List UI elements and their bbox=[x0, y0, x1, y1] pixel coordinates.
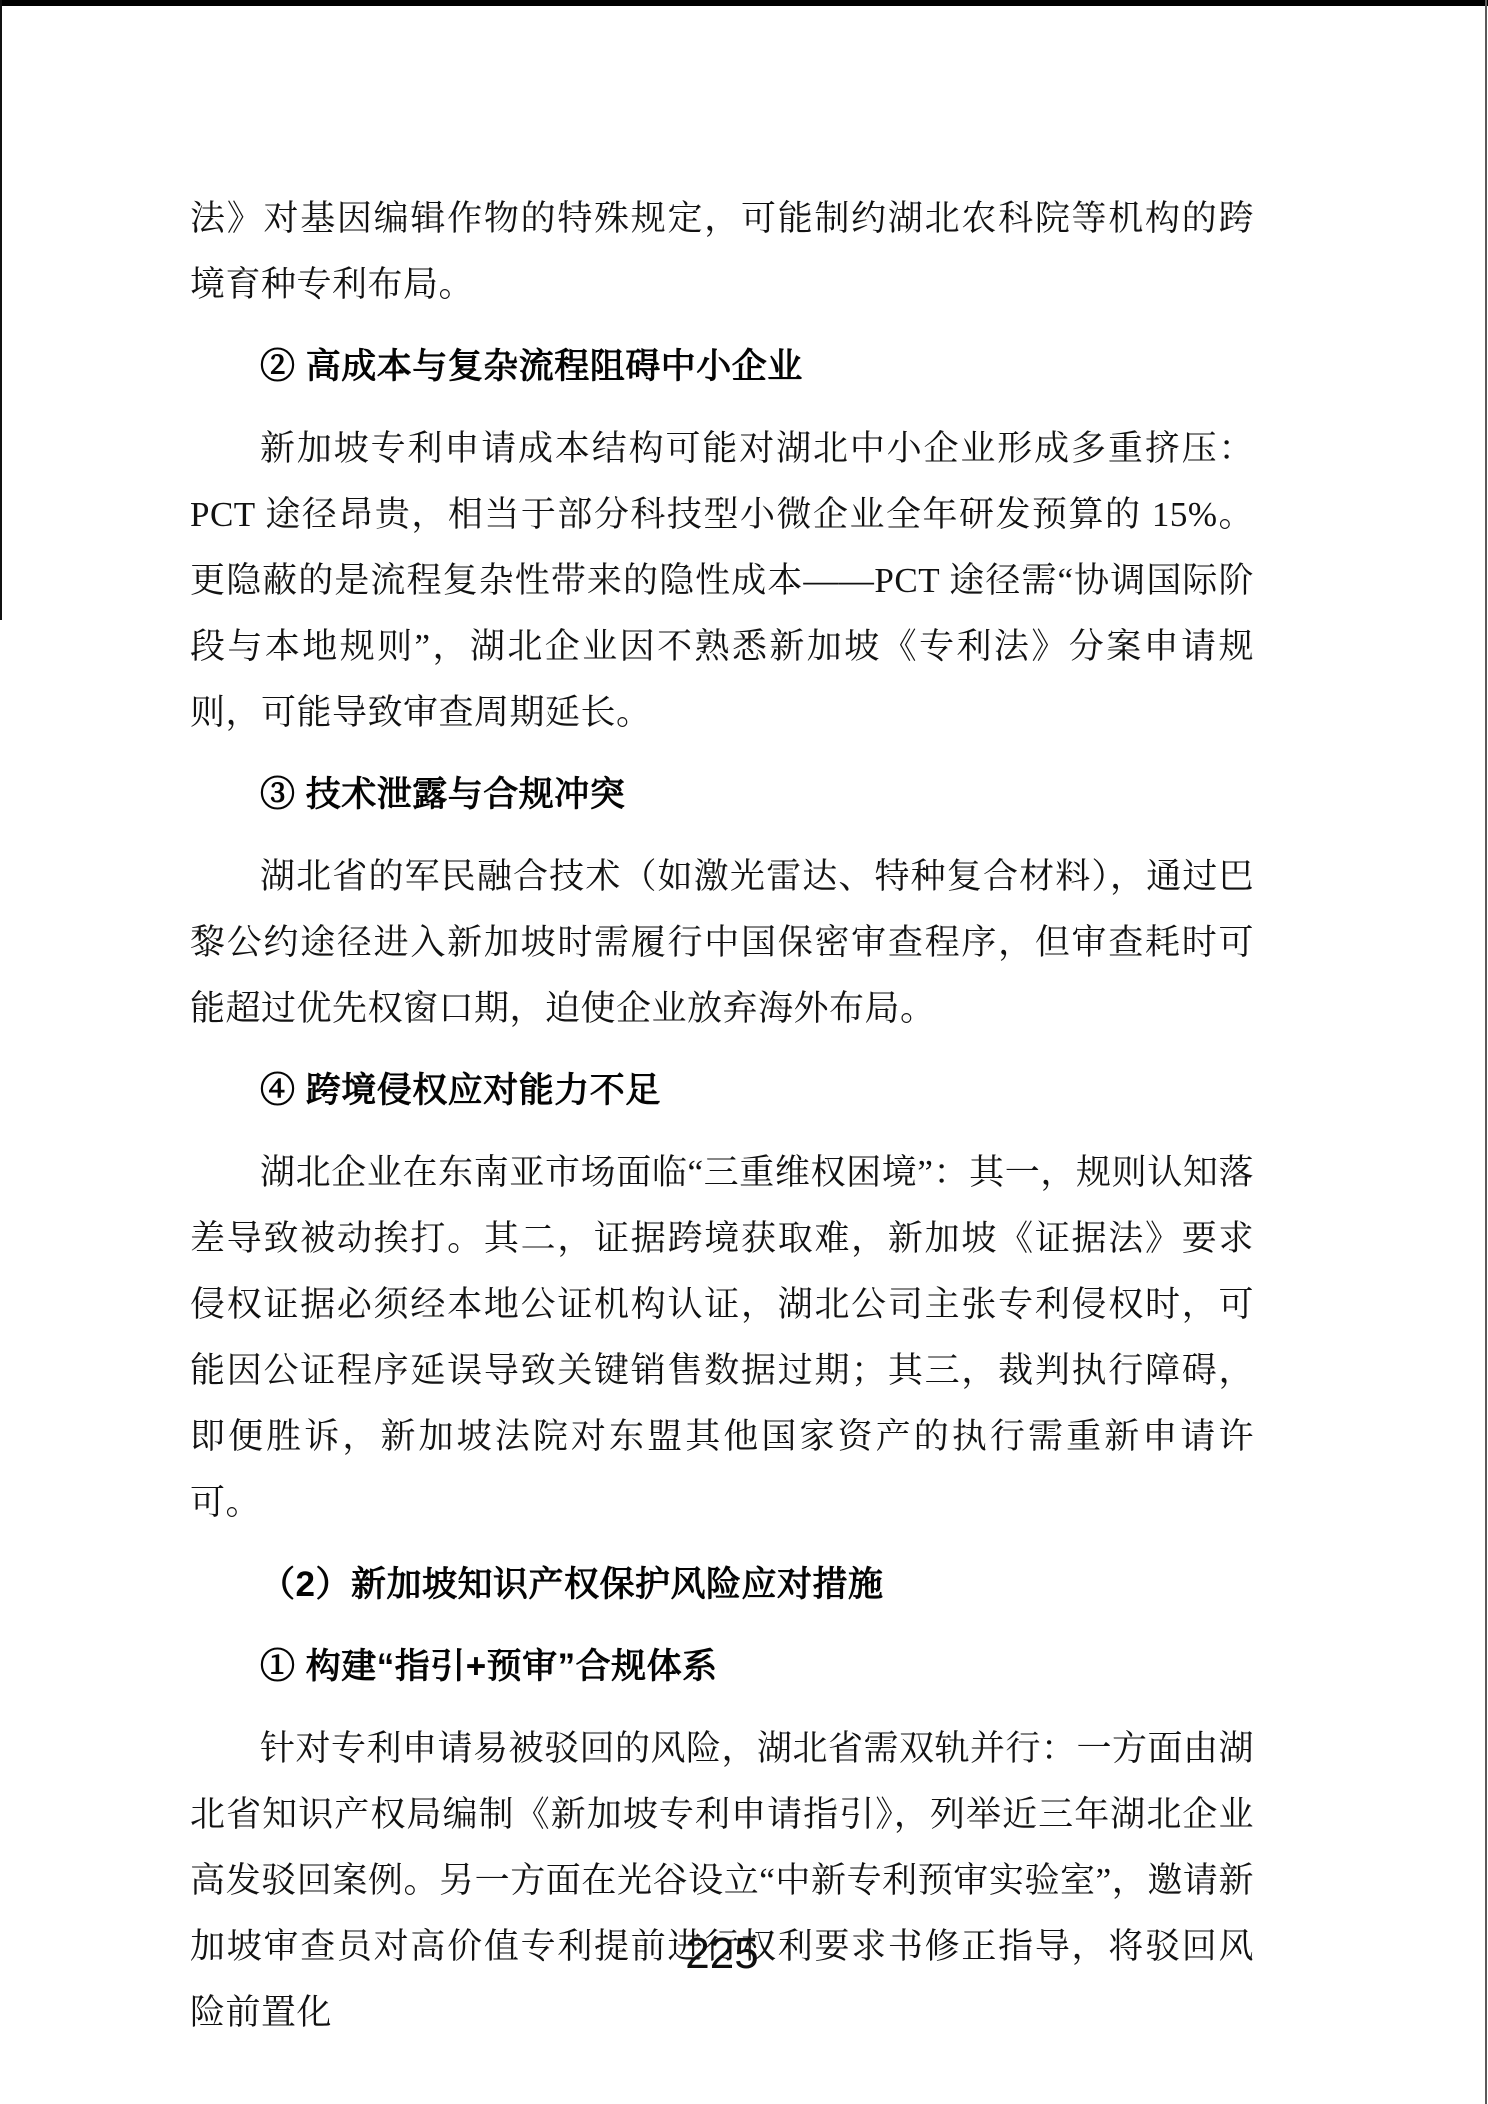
heading-4-cross-border-infringement: ④ 跨境侵权应对能力不足 bbox=[190, 1058, 1254, 1124]
paragraph-continued-gene-editing: 法》对基因编辑作物的特殊规定，可能制约湖北农科院等机构的跨境育种专利布局。 bbox=[190, 186, 1254, 318]
scan-edge-right bbox=[1485, 0, 1487, 2104]
heading-1-guideline-preexam-system: ① 构建“指引+预审”合规体系 bbox=[190, 1634, 1254, 1700]
heading-3-tech-leak-compliance-conflict: ③ 技术泄露与合规冲突 bbox=[190, 762, 1254, 828]
paragraph-military-civil-fusion: 湖北省的军民融合技术（如激光雷达、特种复合材料），通过巴黎公约途径进入新加坡时需… bbox=[190, 844, 1254, 1042]
scan-edge-top bbox=[0, 0, 1488, 6]
paragraph-dual-track-measures: 针对专利申请易被驳回的风险，湖北省需双轨并行：一方面由湖北省知识产权局编制《新加… bbox=[190, 1716, 1254, 2046]
paragraph-pct-cost-structure: 新加坡专利申请成本结构可能对湖北中小企业形成多重挤压：PCT 途径昂贵，相当于部… bbox=[190, 416, 1254, 746]
scan-edge-left bbox=[0, 0, 2, 620]
document-page-body: 法》对基因编辑作物的特殊规定，可能制约湖北农科院等机构的跨境育种专利布局。 ② … bbox=[190, 186, 1254, 2046]
page-number: 225 bbox=[190, 1930, 1254, 1978]
heading-2-high-cost-complex-process: ② 高成本与复杂流程阻碍中小企业 bbox=[190, 334, 1254, 400]
heading-section-2-ip-risk-countermeasures: （2）新加坡知识产权保护风险应对措施 bbox=[190, 1552, 1254, 1618]
paragraph-triple-enforcement-dilemma: 湖北企业在东南亚市场面临“三重维权困境”：其一，规则认知落差导致被动挨打。其二，… bbox=[190, 1140, 1254, 1536]
